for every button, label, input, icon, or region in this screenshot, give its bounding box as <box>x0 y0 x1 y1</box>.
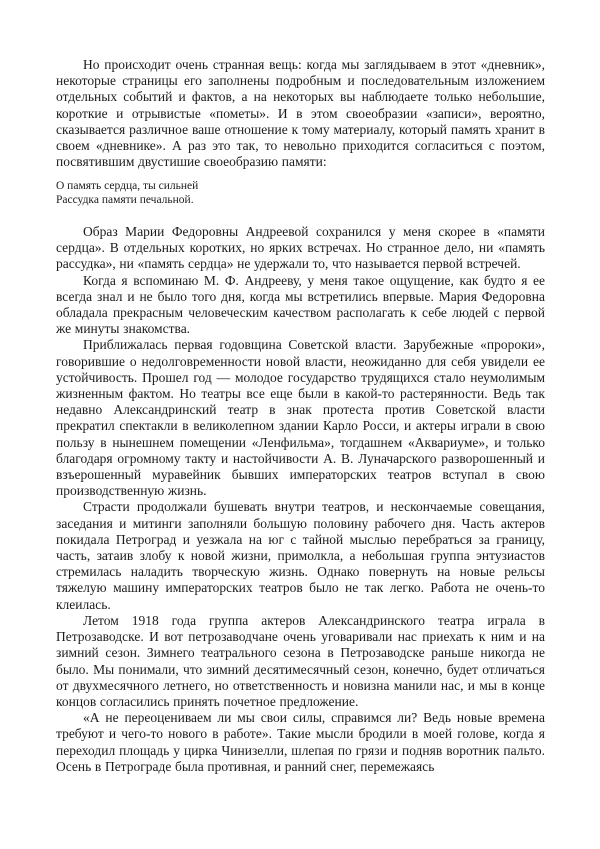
verse-line-2: Рассудка памяти печальной. <box>56 194 545 208</box>
paragraph-anniversary-theatres: Приближалась первая годовщина Советской … <box>56 337 545 499</box>
verse-couplet: О память сердца, ты сильней Рассудка пам… <box>56 180 545 208</box>
paragraph-memory-diary: Но происходит очень странная вещь: когда… <box>56 57 545 170</box>
book-page: Но происходит очень странная вещь: когда… <box>0 0 600 849</box>
paragraph-andreeva-image: Образ Марии Федоровны Андреевой сохранил… <box>56 224 545 273</box>
paragraph-first-meeting: Когда я вспоминаю М. Ф. Андрееву, у меня… <box>56 273 545 338</box>
paragraph-doubts-autumn: «А не переоцениваем ли мы свои силы, спр… <box>56 710 545 775</box>
paragraph-passions-meetings: Страсти продолжали бушевать внутри театр… <box>56 499 545 612</box>
paragraph-petrozavodsk-season: Летом 1918 года группа актеров Александр… <box>56 613 545 710</box>
verse-line-1: О память сердца, ты сильней <box>56 180 545 194</box>
